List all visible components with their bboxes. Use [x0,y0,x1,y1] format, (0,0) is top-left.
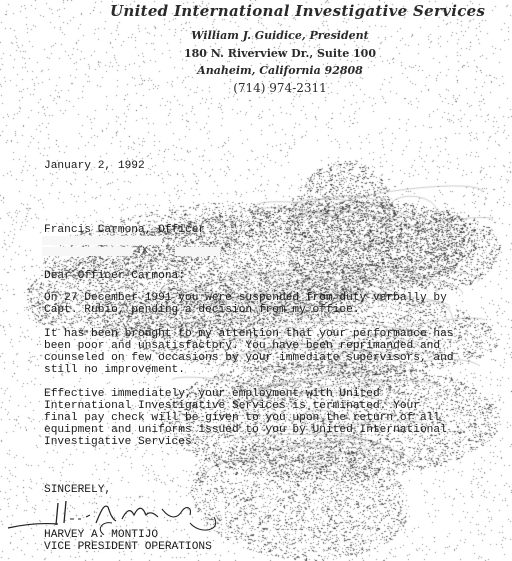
letter-date: January 2, 1992 [44,160,145,172]
company-name: United International Investigative Servi… [110,2,450,20]
phone-number: (714) 974-2311 [160,81,400,95]
signer-title: VICE PRESIDENT OPERATIONS [44,541,212,553]
recipient-name: Francis Carmona, Officer [44,224,205,236]
paragraph-performance: It has been brought to my attention that… [44,328,512,376]
handwritten-signature [0,495,260,535]
greeting: Dear Officer Carmona: [44,270,185,282]
redacted-zip [175,247,220,256]
redacted-address-line-2 [42,247,132,256]
president-line: William J. Guidice, President [160,29,400,42]
recipient-state: TX [136,246,148,258]
paragraph-suspension: On 27 December 1991 you were suspended f… [44,292,512,316]
city-state-zip: Anaheim, California 92808 [160,64,400,77]
redacted-address-line-1 [42,236,162,245]
street-address: 180 N. Riverview Dr., Suite 100 [160,47,400,60]
paragraph-termination: Effective immediately, your employment w… [44,388,512,448]
